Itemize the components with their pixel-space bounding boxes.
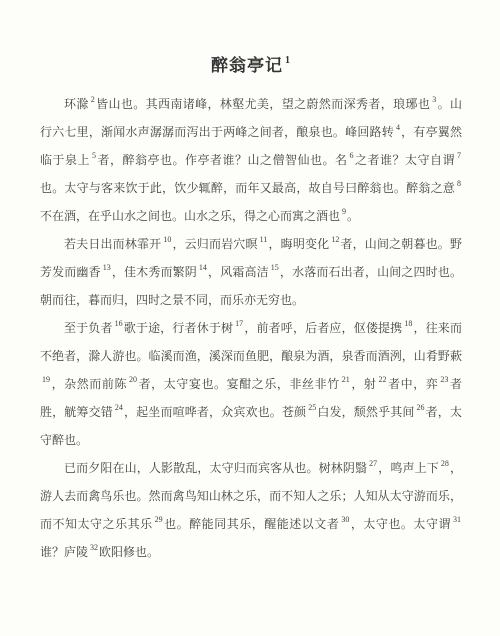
document-body: 环滁2皆山也。其西南诸峰，林壑尤美，望之蔚然而深秀者，琅琊也3。山行六七里，渐闻… xyxy=(40,90,462,566)
footnote-ref: 11 xyxy=(260,235,268,244)
footnote-ref: 20 xyxy=(129,375,137,384)
paragraph: 若夫日出而林霏开10，云归而岩穴暝11，晦明变化12者，山间之朝暮也。野芳发而幽… xyxy=(40,230,462,314)
footnote-ref: 12 xyxy=(331,235,339,244)
footnote-ref: 5 xyxy=(92,151,96,160)
footnote-ref: 13 xyxy=(103,263,111,272)
footnote-ref: 9 xyxy=(342,207,346,216)
footnote-ref: 4 xyxy=(396,123,400,132)
footnote-ref: 3 xyxy=(432,95,436,104)
footnote-ref: 6 xyxy=(349,151,353,160)
footnote-ref: 8 xyxy=(457,179,461,188)
footnote-ref: 15 xyxy=(271,263,279,272)
footnote-ref: 28 xyxy=(441,459,449,468)
footnote-ref: 2 xyxy=(91,95,95,104)
title-text: 醉翁亭记 xyxy=(211,56,283,75)
footnote-ref: 24 xyxy=(115,403,123,412)
footnote-ref: 14 xyxy=(199,263,207,272)
footnote-ref: 7 xyxy=(457,151,461,160)
footnote-ref: 19 xyxy=(42,375,50,384)
paragraph: 至于负者16歌于途，行者休于树17，前者呼，后者应，伛偻提携18，往来而不绝者，… xyxy=(40,314,462,454)
paragraph: 已而夕阳在山，人影散乱，太守归而宾客从也。树林阴翳27，鸣声上下28，游人去而禽… xyxy=(40,454,462,566)
page-title: 醉翁亭记1 xyxy=(40,54,462,78)
footnote-ref: 18 xyxy=(404,319,412,328)
footnote-ref: 25 xyxy=(308,403,316,412)
footnote-ref: 27 xyxy=(369,459,377,468)
footnote-ref: 31 xyxy=(453,515,461,524)
document-page: 醉翁亭记1 环滁2皆山也。其西南诸峰，林壑尤美，望之蔚然而深秀者，琅琊也3。山行… xyxy=(0,0,500,636)
footnote-ref: 32 xyxy=(90,543,98,552)
footnote-ref: 10 xyxy=(163,235,171,244)
footnote-ref: 26 xyxy=(417,403,425,412)
footnote-ref: 21 xyxy=(342,375,350,384)
footnote-ref: 22 xyxy=(379,375,387,384)
footnote-ref: 17 xyxy=(235,319,243,328)
title-footnote-ref: 1 xyxy=(285,55,290,66)
footnote-ref: 29 xyxy=(155,515,163,524)
footnote-ref: 16 xyxy=(115,319,123,328)
footnote-ref: 23 xyxy=(440,375,448,384)
paragraph: 环滁2皆山也。其西南诸峰，林壑尤美，望之蔚然而深秀者，琅琊也3。山行六七里，渐闻… xyxy=(40,90,462,230)
footnote-ref: 30 xyxy=(341,515,349,524)
